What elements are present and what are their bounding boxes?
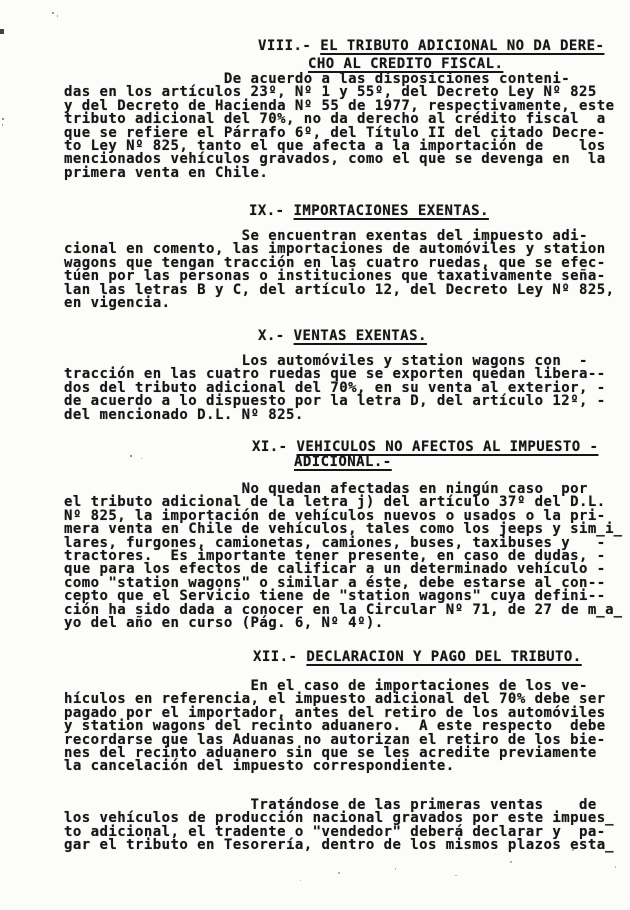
scan-speck: [338, 872, 340, 874]
section-numeral: XII.-: [253, 649, 297, 665]
text-line: la cancelación del impuesto correspondie…: [64, 760, 606, 773]
section-numeral: VIII.-: [258, 38, 311, 54]
section-xi-heading: XI.-VEHICULOS NO AFECTOS AL IMPUESTO - A…: [252, 440, 598, 470]
text-line: gar el tributo en Tesorería, dentro de l…: [64, 839, 614, 852]
section-xii-paragraph: En el caso de importaciones de los ve-hí…: [64, 680, 606, 774]
scan-speck: [2, 118, 4, 120]
section-numeral: X.-: [258, 328, 285, 344]
document-page: VIII.-EL TRIBUTO ADICIONAL NO DA DERE- C…: [0, 0, 630, 910]
section-title: DECLARACION Y PAGO DEL TRIBUTO.: [306, 649, 581, 665]
section-title: VEHICULOS NO AFECTOS AL IMPUESTO -: [297, 439, 599, 455]
heading-line: IX.-IMPORTACIONES EXENTAS.: [249, 204, 489, 219]
scan-speck: [327, 212, 329, 213]
section-title: EL TRIBUTO ADICIONAL NO DA DERE-: [320, 38, 604, 54]
scan-speck: [52, 12, 54, 14]
section-x-heading: X.-VENTAS EXENTAS.: [258, 329, 427, 344]
section-xii-heading: XII.-DECLARACION Y PAGO DEL TRIBUTO.: [253, 650, 582, 665]
text-line: en vigencia.: [64, 297, 614, 310]
section-title: VENTAS EXENTAS.: [294, 328, 427, 344]
scan-speck: [141, 458, 142, 459]
heading-line: ADICIONAL.-: [294, 455, 598, 470]
scan-speck: [395, 868, 396, 870]
section-title: IMPORTACIONES EXENTAS.: [294, 203, 489, 219]
text-line: primera venta en Chile.: [64, 167, 614, 180]
section-xi-paragraph: No quedan afectadas en ningún caso porel…: [64, 483, 622, 630]
heading-line: XII.-DECLARACION Y PAGO DEL TRIBUTO.: [253, 650, 582, 665]
section-viii-paragraph: De acuerdo a las disposiciones conteni-d…: [64, 73, 614, 180]
scan-speck: [57, 15, 58, 17]
scan-speck: [455, 875, 457, 876]
section-numeral: XI.-: [252, 439, 288, 455]
heading-line: XI.-VEHICULOS NO AFECTOS AL IMPUESTO -: [252, 440, 598, 455]
text-line: yo del año en curso (Pág. 6, Nº 4º).: [64, 617, 622, 630]
section-ix-heading: IX.-IMPORTACIONES EXENTAS.: [249, 204, 489, 219]
section-numeral: IX.-: [249, 203, 285, 219]
section-ix-paragraph: Se encuentran exentas del impuesto adi-c…: [64, 230, 614, 310]
scan-speck: [2, 124, 3, 126]
heading-line: X.-VENTAS EXENTAS.: [258, 329, 427, 344]
heading-line: VIII.-EL TRIBUTO ADICIONAL NO DA DERE-: [258, 38, 604, 56]
scan-speck: [130, 455, 132, 457]
scan-speck: [572, 849, 574, 851]
scan-speck: [300, 880, 301, 881]
section-title: ADICIONAL.-: [294, 454, 392, 470]
section-viii-heading: VIII.-EL TRIBUTO ADICIONAL NO DA DERE- C…: [258, 38, 604, 73]
scan-speck: [0, 29, 4, 34]
scan-speck: [615, 866, 616, 868]
section-x-paragraph: Los automóviles y station wagons con -tr…: [64, 355, 606, 422]
scan-speck: [510, 861, 512, 863]
text-line: del mencionado D.L. Nº 825.: [64, 409, 606, 422]
section-title: CHO AL CREDITO FISCAL.: [308, 56, 503, 72]
section-xii-paragraph: Tratándose de las primeras ventas delos …: [64, 799, 614, 853]
